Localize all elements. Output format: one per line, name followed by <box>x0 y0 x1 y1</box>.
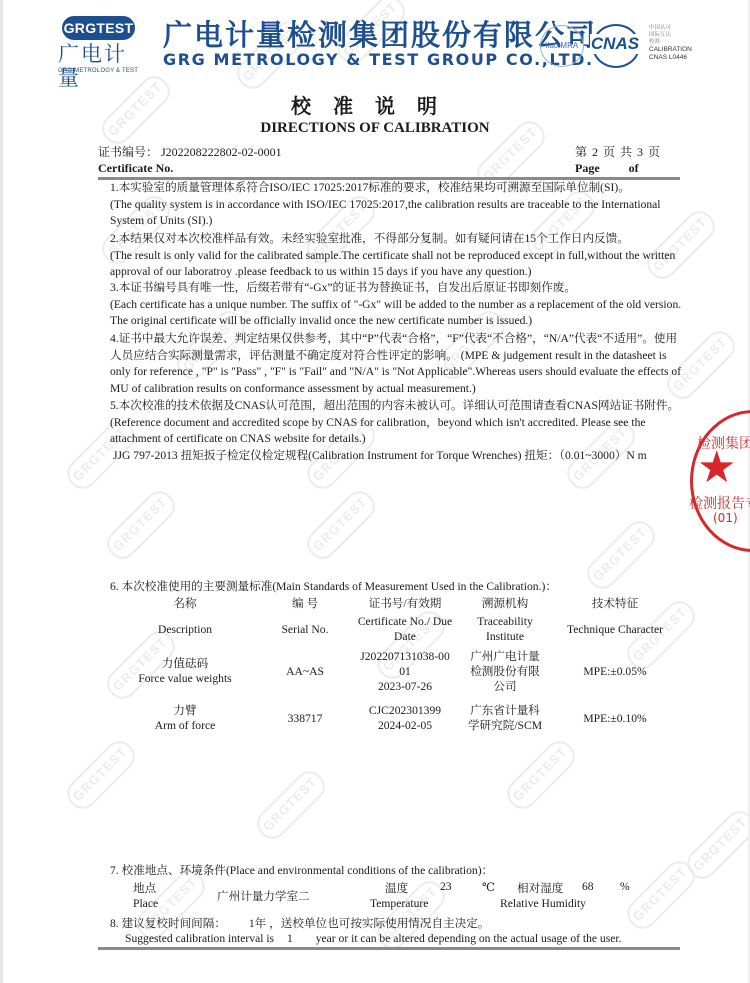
header-cell: Certificate No./ Due Date <box>350 612 460 646</box>
page-edge-left <box>0 0 3 983</box>
interval-label-cn: 8. 建议复校时间间隔： <box>110 917 226 930</box>
cnas-info-line: 校准 <box>649 39 692 46</box>
due-date: 2023-07-26 <box>350 679 460 694</box>
place-label-en: Place <box>133 897 158 910</box>
star-icon: ★ <box>697 443 736 493</box>
company-name-cn: 广电计量检测集团股份有限公司 <box>163 18 597 52</box>
header-cell: Traceability Institute <box>460 612 550 646</box>
cnas-logo-icon: CNAS <box>592 24 638 66</box>
certificate-number-line: 证书编号： J202208222802-02-0001 <box>98 143 282 160</box>
interval-label-en: Suggested calibration interval is <box>125 932 274 945</box>
watermark-stamp: GRGTEST <box>101 485 180 564</box>
header-cell: Serial No. <box>260 612 350 646</box>
name-cell: 力值砝码Force value weights <box>110 646 260 696</box>
ilac-mra-logo-icon: ilac-MRA <box>540 25 584 67</box>
watermark-stamp: GRGTEST <box>301 485 380 564</box>
header-cell: 技术特征 <box>550 594 680 612</box>
institute: 广东省计量科学研究院/SCM <box>460 703 550 733</box>
note-2: 2.本结果仅对本次校准样品有效。未经实验室批准，不得部分复制。如有疑问请在15个… <box>110 231 685 281</box>
interval-value-en: 1 <box>287 932 293 945</box>
header-cell: 溯源机构 <box>460 594 550 612</box>
cert-cell: J202207131038-00012023-07-26 <box>350 646 460 696</box>
note-5-en: (Reference document and accredited scope… <box>110 416 646 446</box>
of-label: of <box>629 161 639 175</box>
serial-cell: AA~AS <box>260 646 350 696</box>
cnas-info-line: 国际互认 <box>649 32 692 39</box>
cnas-info-line: CNAS L0446 <box>649 54 692 62</box>
header-cell: 名称 <box>110 594 260 612</box>
section-6-title: 6. 本次校准使用的主要测量标准(Main Standards of Measu… <box>110 578 557 594</box>
temperature-label-cn: 温度 <box>385 880 408 896</box>
logo-chinese: 广电计量 <box>58 42 140 90</box>
note-2-cn: 2.本结果仅对本次校准样品有效。未经实验室批准，不得部分复制。如有疑问请在15个… <box>110 231 685 248</box>
certificate-label-en: Certificate No. <box>98 161 173 176</box>
cnas-info-line: 中国认可 <box>649 25 692 32</box>
ilac-label: ilac-MRA <box>546 41 578 50</box>
stamp-number: (01) <box>713 511 738 525</box>
place-value: 广州计量力学室二 <box>217 888 310 904</box>
header-cell: Description <box>110 612 260 646</box>
name-cell: 力臂Arm of force <box>110 696 260 740</box>
place-label-cn: 地点 <box>133 880 156 896</box>
watermark-stamp: GRGTEST <box>251 765 330 844</box>
temperature-label-en: Temperature <box>370 897 428 910</box>
note-5: 5.本次校准的技术依据及CNAS认可范围，超出范围的内容未被认可。详细认可范围请… <box>110 398 685 448</box>
name-en: Arm of force <box>110 718 260 733</box>
institute-cell: 广州广电计量检测股份有限公司 <box>460 646 550 696</box>
header-cell: 证书号/有效期 <box>350 594 460 612</box>
interval-note-cn: ，送校单位也可按实际使用情况自主决定。 <box>269 917 489 930</box>
humidity-label-cn: 相对湿度 <box>517 880 563 896</box>
page-indicator-cn: 第 2 页 共 3 页 <box>575 143 660 160</box>
watermark-stamp: GRGTEST <box>581 515 660 594</box>
reference-standard: JJG 797-2013 扭矩扳子检定仪检定规程(Calibration Ins… <box>113 447 693 464</box>
watermark-stamp: GRGTEST <box>621 855 700 934</box>
note-1-en: (The quality system is in accordance wit… <box>110 197 685 230</box>
temperature-value: 23 <box>440 880 452 893</box>
humidity-value: 68 <box>582 880 594 893</box>
humidity-label-en: Relative Humidity <box>500 897 586 910</box>
table-header-cn: 名称 编 号 证书号/有效期 溯源机构 技术特征 <box>110 594 680 612</box>
header-cell: Technique Character <box>550 612 680 646</box>
interval-value-cn: 1年 <box>249 917 266 930</box>
note-1-cn: 1.本实验室的质量管理体系符合ISO/IEC 17025:2017标准的要求，校… <box>110 180 685 197</box>
institute-cell: 广东省计量科学研究院/SCM <box>460 696 550 740</box>
page-label: Page <box>575 161 600 175</box>
section-8-cn: 8. 建议复校时间间隔： 1年 ，送校单位也可按实际使用情况自主决定。 <box>110 915 489 931</box>
cnas-info-line: CALIBRATION <box>649 46 692 54</box>
company-name-en: GRG METROLOGY & TEST GROUP CO.,LTD. <box>163 50 594 69</box>
header-cell: 编 号 <box>260 594 350 612</box>
cnas-accreditation-info: 中国认可 国际互认 校准 CALIBRATION CNAS L0446 <box>649 25 692 62</box>
name-cn: 力值砝码 <box>110 656 260 671</box>
stamp-bottom-text: 检测报告专用 <box>689 493 750 513</box>
note-1: 1.本实验室的质量管理体系符合ISO/IEC 17025:2017标准的要求，校… <box>110 180 685 230</box>
page-title-cn: 校准说明 <box>0 90 750 119</box>
note-5-cn: 5.本次校准的技术依据及CNAS认可范围，超出范围的内容未被认可。详细认可范围请… <box>110 399 679 412</box>
official-seal-stamp: 检测集团股 ★ 检测报告专用 (01) <box>690 410 750 552</box>
certificate-label-cn: 证书编号： <box>98 145 158 159</box>
watermark-stamp: GRGTEST <box>61 735 140 814</box>
humidity-unit: % <box>620 880 630 893</box>
standards-table: 名称 编 号 证书号/有效期 溯源机构 技术特征 Description Ser… <box>110 594 680 740</box>
technique-cell: MPE:±0.10% <box>550 696 680 740</box>
name-cn: 力臂 <box>110 703 260 718</box>
note-2-en: (The result is only valid for the calibr… <box>110 248 685 281</box>
note-4: 4.证书中最大允许误差、判定结果仅供参考，其中“P”代表“合格”，“F”代表“不… <box>110 331 685 397</box>
institute: 广州广电计量检测股份有限公司 <box>460 649 550 694</box>
serial-cell: 338717 <box>260 696 350 740</box>
logo-badge: GRGTEST <box>62 16 135 40</box>
section-8-en: Suggested calibration interval is 1 year… <box>125 932 622 945</box>
section-7-title: 7. 校准地点、环境条件(Place and environmental con… <box>110 862 493 878</box>
page-title-en: DIRECTIONS OF CALIBRATION <box>0 120 750 137</box>
cert-no: CJC202301399 <box>350 703 460 718</box>
bottom-divider <box>98 947 680 950</box>
cnas-logo-text: CNAS <box>590 34 640 54</box>
note-3-cn: 3.本证书编号具有唯一性，后缀若带有“-Gx”的证书为替换证书，自发出后原证书即… <box>110 280 685 297</box>
note-3: 3.本证书编号具有唯一性，后缀若带有“-Gx”的证书为替换证书，自发出后原证书即… <box>110 280 685 330</box>
due-date: 2024-02-05 <box>350 718 460 733</box>
page-indicator-en: Page of <box>575 161 639 176</box>
table-row: 力臂Arm of force 338717 CJC2023013992024-0… <box>110 696 680 740</box>
cert-no: J202207131038-0001 <box>350 649 460 679</box>
cert-cell: CJC2023013992024-02-05 <box>350 696 460 740</box>
table-header-en: Description Serial No. Certificate No./ … <box>110 612 680 646</box>
temperature-unit: ℃ <box>482 880 495 894</box>
certificate-number: J202208222802-02-0001 <box>161 145 282 159</box>
technique-cell: MPE:±0.05% <box>550 646 680 696</box>
watermark-stamp: GRGTEST <box>501 735 580 814</box>
watermark-stamp: GRGTEST <box>681 805 750 884</box>
logo-english: GRG METROLOGY & TEST <box>58 68 140 74</box>
name-en: Force value weights <box>110 671 260 686</box>
note-3-en: (Each certificate has a unique number. T… <box>110 297 685 330</box>
interval-note-en: year or it can be altered depending on t… <box>316 932 622 945</box>
table-row: 力值砝码Force value weights AA~AS J202207131… <box>110 646 680 696</box>
